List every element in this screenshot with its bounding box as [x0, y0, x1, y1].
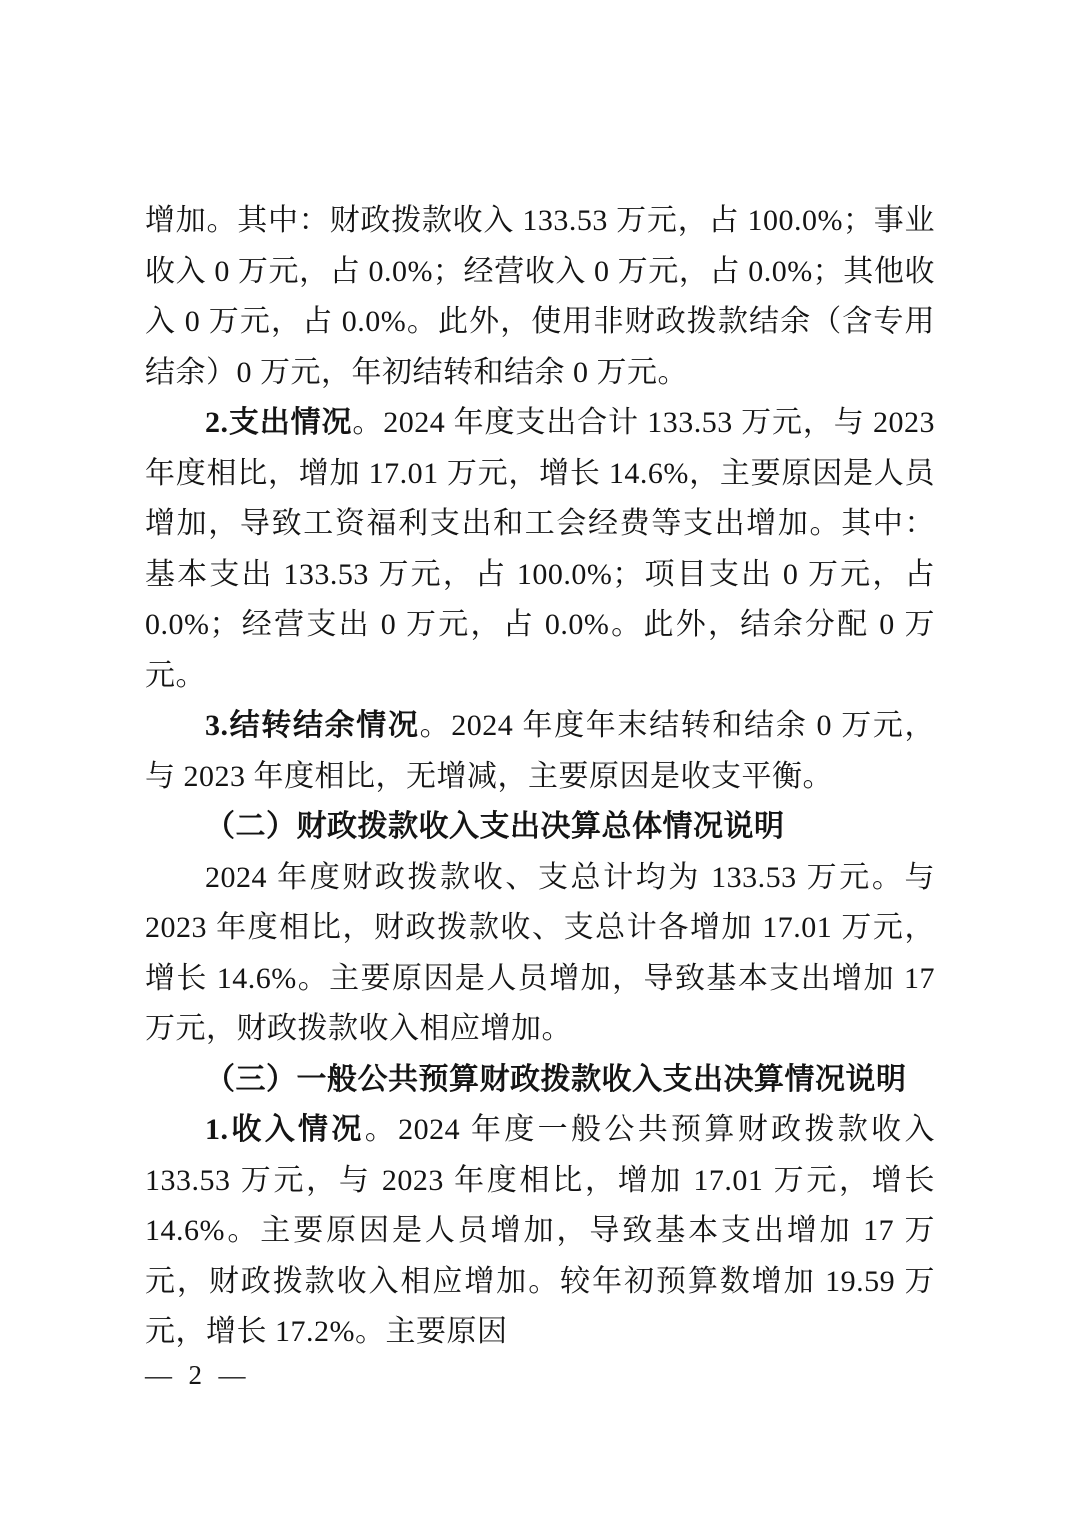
heading-section-three: （三）一般公共预算财政拨款收入支出决算情况说明: [145, 1055, 935, 1106]
page-number: — 2 —: [145, 1360, 250, 1391]
document-page: 增加。其中：财政拨款收入 133.53 万元，占 100.0%；事业收入 0 万…: [0, 0, 1069, 1515]
heading-text: （三）一般公共预算财政拨款收入支出决算情况说明: [205, 1063, 907, 1096]
document-body: 增加。其中：财政拨款收入 133.53 万元，占 100.0%；事业收入 0 万…: [145, 196, 935, 1358]
paragraph-lead: 3.结转结余情况: [205, 709, 420, 742]
paragraph-expenditure-situation: 2.支出情况。2024 年度支出合计 133.53 万元，与 2023 年度相比…: [145, 398, 935, 701]
paragraph-lead: 2.支出情况: [205, 406, 352, 439]
paragraph-income-composition: 增加。其中：财政拨款收入 133.53 万元，占 100.0%；事业收入 0 万…: [145, 196, 935, 398]
heading-text: （二）财政拨款收入支出决算总体情况说明: [205, 810, 785, 843]
heading-section-two: （二）财政拨款收入支出决算总体情况说明: [145, 802, 935, 853]
paragraph-text: 。2024 年度一般公共预算财政拨款收入 133.53 万元，与 2023 年度…: [145, 1113, 935, 1348]
paragraph-text: 2024 年度财政拨款收、支总计均为 133.53 万元。与 2023 年度相比…: [145, 861, 935, 1046]
paragraph-text: 增加。其中：财政拨款收入 133.53 万元，占 100.0%；事业收入 0 万…: [145, 204, 935, 389]
paragraph-fiscal-appropriation-overview: 2024 年度财政拨款收、支总计均为 133.53 万元。与 2023 年度相比…: [145, 853, 935, 1055]
paragraph-lead: 1.收入情况: [205, 1113, 365, 1146]
paragraph-general-budget-income: 1.收入情况。2024 年度一般公共预算财政拨款收入 133.53 万元，与 2…: [145, 1105, 935, 1358]
paragraph-carryover-situation: 3.结转结余情况。2024 年度年末结转和结余 0 万元，与 2023 年度相比…: [145, 701, 935, 802]
paragraph-text: 。2024 年度支出合计 133.53 万元，与 2023 年度相比，增加 17…: [145, 406, 935, 692]
